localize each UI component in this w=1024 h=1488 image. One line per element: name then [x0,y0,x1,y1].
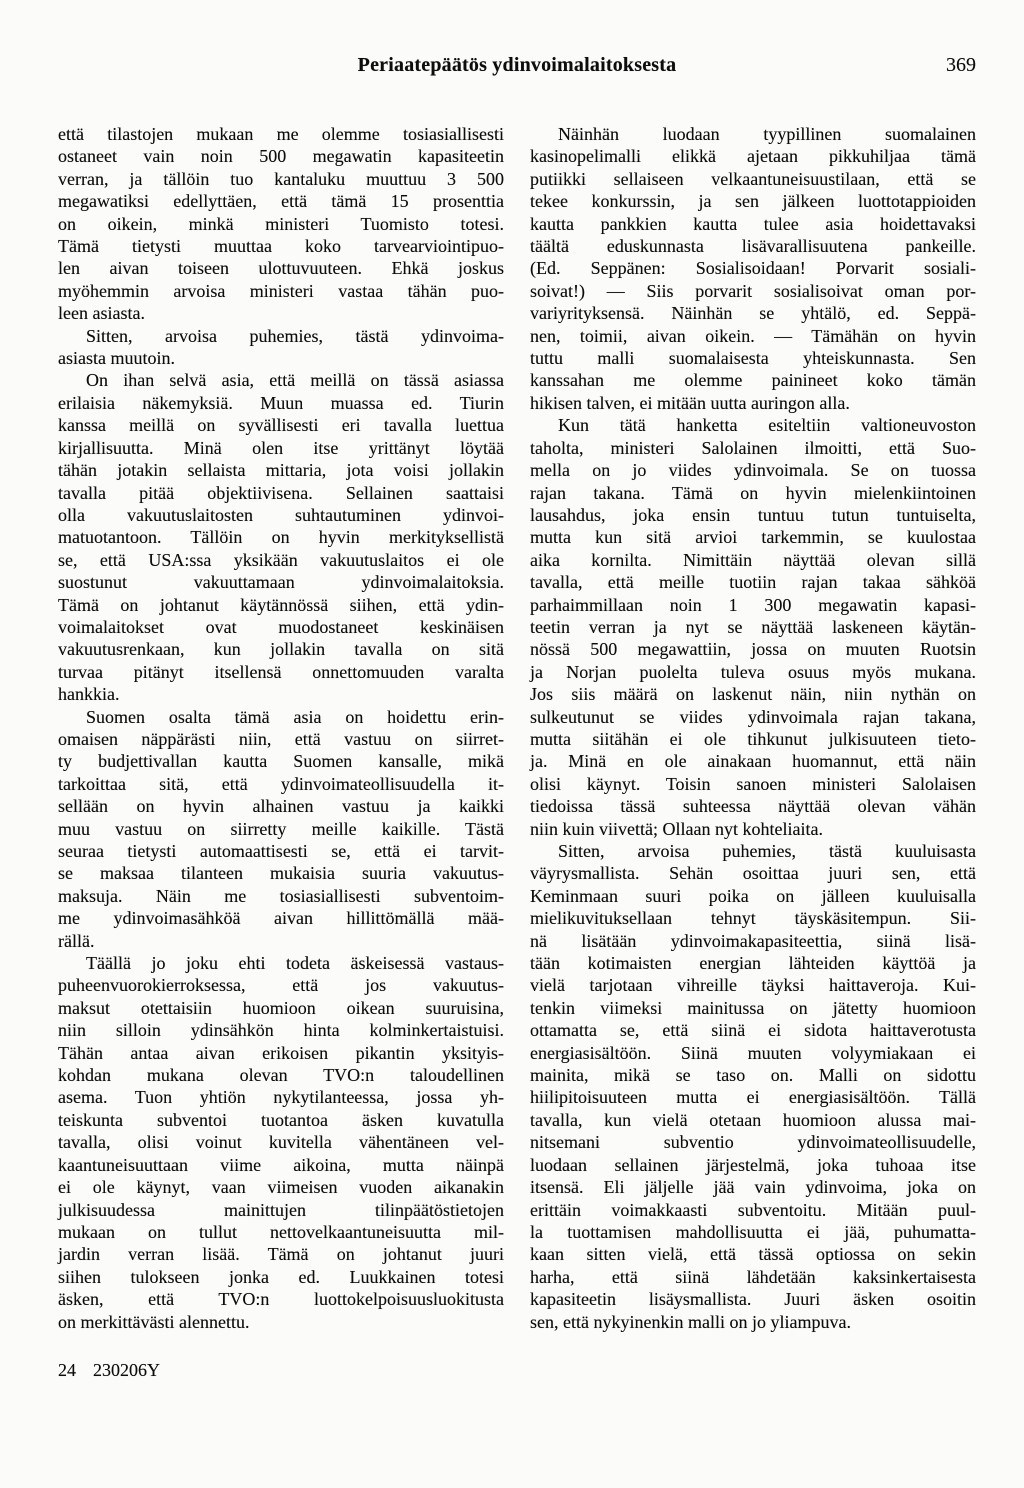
text-line: tään kotimaisten energian lähteiden käyt… [530,952,976,974]
text-line: Täällä jo joku ehti todeta äskeisessä va… [58,952,504,974]
text-line: Näinhän luodaan tyypillinen suomalainen [530,123,976,145]
text-line: puheenvuorokierroksessa, että jos vakuut… [58,974,504,996]
text-line: on oikein, minkä ministeri Tuomisto tote… [58,213,504,235]
text-line: mielikuvituksellaan tehnyt täyskäsitempu… [530,907,976,929]
text-line: mukaan on tullut nettovelkaantuneisuutta… [58,1221,504,1243]
text-line: vielä tarjotaan vihreille täyksi haittav… [530,974,976,996]
text-line: tekee konkurssin, ja sen jälkeen luottot… [530,190,976,212]
text-line: kautta pankkien kautta tulee asia hoidet… [530,213,976,235]
text-line: ei ole käynyt, vaan viimeisen vuoden aik… [58,1176,504,1198]
text-line: On ihan selvä asia, että meillä on tässä… [58,369,504,391]
text-line: seuraa tietysti automaattisesti se, että… [58,840,504,862]
text-line: tavalla, kun vielä otetaan huomioon alus… [530,1109,976,1131]
text-line: nä lisätään ydinvoimakapasiteettia, siin… [530,930,976,952]
paragraph: On ihan selvä asia, että meillä on tässä… [58,369,504,705]
paragraph: että tilastojen mukaan me olemme tosiasi… [58,123,504,325]
text-line: megawatiksi edellyttäen, että tämä 15 pr… [58,190,504,212]
text-line: mella on jo viides ydinvoimala. Se on tu… [530,459,976,481]
text-line: luodaan sellainen järjestelmä, joka tuho… [530,1154,976,1176]
text-line: sen, että nykyinenkin malli on jo yliamp… [530,1311,976,1333]
text-line: omaisen näppärästi niin, että vastuu on … [58,728,504,750]
right-column: Näinhän luodaan tyypillinen suomalainenk… [530,123,976,1333]
text-line: itsensä. Eli jäljelle jää vain ydinvoima… [530,1176,976,1198]
text-line: Tämä tietysti muuttaa koko tarvearvioint… [58,235,504,257]
page-header: Periaatepäätös ydinvoimalaitoksesta 369 [58,54,976,80]
text-line: maksut otettaisiin huomioon oikean suuru… [58,997,504,1019]
text-line: kohdan mukana olevan TVO:n taloudellinen [58,1064,504,1086]
text-line: Kun tätä hanketta esiteltiin valtioneuvo… [530,414,976,436]
text-line: ottamatta se, että siinä ei sidota haitt… [530,1019,976,1041]
text-line: täältä eduskunnasta lisävarallisuutena p… [530,235,976,257]
text-line: putiikki sellaiseen velkaantuneisuustila… [530,168,976,190]
text-line: (Ed. Seppänen: Sosialisoidaan! Porvarit … [530,257,976,279]
text-line: erittäin voimakkaasti subventoitu. Mitää… [530,1199,976,1221]
text-line: Keminmaan suuri poika on jälleen kuuluis… [530,885,976,907]
text-line: Sitten, arvoisa puhemies, tästä ydinvoim… [58,325,504,347]
text-line: nössä 500 megawattiin, jossa on muuten R… [530,638,976,660]
paragraph: Täällä jo joku ehti todeta äskeisessä va… [58,952,504,1333]
text-line: niin kuin viivettä; Ollaan nyt kohteliai… [530,818,976,840]
text-line: energiasisältöön. Siinä muuten volyymiak… [530,1042,976,1064]
text-line: ja. Minä en ole ainakaan huomannut, että… [530,750,976,772]
text-line: turvaa pitänyt itsellensä onnettomuuden … [58,661,504,683]
text-line: niin silloin ydinsähkön hinta kolminkert… [58,1019,504,1041]
text-line: hiilipitoisuuteen mutta ei energiasisält… [530,1086,976,1108]
text-line: julkisuudessa mainittujen tilinpäätöstie… [58,1199,504,1221]
text-columns: että tilastojen mukaan me olemme tosiasi… [58,123,976,1333]
text-line: on merkittävästi alennettu. [58,1311,504,1333]
text-line: Suomen osalta tämä asia on hoidettu erin… [58,706,504,728]
text-line: äsken, että TVO:n luottokelpoisuusluokit… [58,1288,504,1310]
paragraph: Sitten, arvoisa puhemies, tästä kuuluisa… [530,840,976,1333]
text-line: harha, että siinä lähdetään kaksinkertai… [530,1266,976,1288]
text-line: kasinopelimalli elikkä ajetaan pikkuhilj… [530,145,976,167]
text-line: nen, toimii, aivan oikein. — Tämähän on … [530,325,976,347]
text-line: maksuja. Näin me tosiasiallisesti subven… [58,885,504,907]
text-line: aika kornilta. Nimittäin näyttää olevan … [530,549,976,571]
text-line: taholta, ministeri Salolainen ilmoitti, … [530,437,976,459]
text-line: kanssahan me olemme painineet koko tämän [530,369,976,391]
text-line: kaantuneisuuttaan viime aikoina, mutta n… [58,1154,504,1176]
footer-print-mark: 24230206Y [58,1360,160,1381]
paragraph: Suomen osalta tämä asia on hoidettu erin… [58,706,504,952]
text-line: asema. Tuon yhtiön nykytilanteessa, joss… [58,1086,504,1108]
text-line: vakuutusrenkaan, kun jollakin tavalla on… [58,638,504,660]
text-line: tähän jotakin sellaista mittaria, jota v… [58,459,504,481]
footer-print-code: 230206Y [93,1360,160,1380]
text-line: len aivan toiseen ulottuvuuteen. Ehkä jo… [58,257,504,279]
text-line: parhaimmillaan noin 1 300 megawatin kapa… [530,594,976,616]
text-line: että tilastojen mukaan me olemme tosiasi… [58,123,504,145]
text-line: mainita, mikä se taso on. Malli on sidot… [530,1064,976,1086]
text-line: hankkia. [58,683,504,705]
text-line: erilaisia näkemyksiä. Muun muassa ed. Ti… [58,392,504,414]
text-line: olisi käynyt. Toisin sanoen ministeri Sa… [530,773,976,795]
left-column: että tilastojen mukaan me olemme tosiasi… [58,123,504,1333]
text-line: rajan takana. Tämä on hyvin mielenkiinto… [530,482,976,504]
text-line: ty budjettivallan kautta Suomen kansalle… [58,750,504,772]
text-line: sulkeutunut se viides ydinvoimala rajan … [530,706,976,728]
paragraph: Kun tätä hanketta esiteltiin valtioneuvo… [530,414,976,840]
text-line: myöhemmin arvoisa ministeri vastaa tähän… [58,280,504,302]
text-line: voimalaitokset ovat muodostaneet keskinä… [58,616,504,638]
text-line: olla vakuutuslaitosten suhtautuminen ydi… [58,504,504,526]
page-number: 369 [946,54,976,77]
text-line: leen asiasta. [58,302,504,324]
text-line: suostunut vakuuttamaan ydinvoimalaitoksi… [58,571,504,593]
footer-sheet-number: 24 [58,1360,76,1380]
text-line: teetin verran ja nyt se näyttää laskenee… [530,616,976,638]
text-line: Tähän antaa aivan erikoisen pikantin yks… [58,1042,504,1064]
text-line: me ydinvoimasähköä aivan hillittömällä m… [58,907,504,929]
text-line: se, että USA:ssa yksikään vakuutuslaitos… [58,549,504,571]
text-line: tiedoissa tässä suhteessa näyttää olevan… [530,795,976,817]
text-line: se maksaa tilanteen mukaisia suuria vaku… [58,862,504,884]
text-line: tavalla, että meille tuotiin rajan takaa… [530,571,976,593]
text-line: tenkin viimeksi mainitussa on jätetty hu… [530,997,976,1019]
text-line: hikisen talven, ei mitään uutta auringon… [530,392,976,414]
text-line: soivat!) — Siis porvarit sosialisoivat o… [530,280,976,302]
text-line: ja Norjan puolelta tuleva osuus myös muk… [530,661,976,683]
text-line: väyrysmallista. Sehän osoittaa juuri sen… [530,862,976,884]
text-line: variyrityksensä. Näinhän se yhtälö, ed. … [530,302,976,324]
text-line: tavalla, olisi voinut kuvitella vähentän… [58,1131,504,1153]
paragraph: Näinhän luodaan tyypillinen suomalainenk… [530,123,976,414]
text-line: sellään on hyvin alhainen vastuu ja kaik… [58,795,504,817]
document-page: Periaatepäätös ydinvoimalaitoksesta 369 … [0,0,1024,1488]
text-line: jardin verran lisää. Tämä on johtanut ju… [58,1243,504,1265]
text-line: kaan sitten vielä, että tässä optiossa o… [530,1243,976,1265]
text-line: muu vastuu on siirretty meille kaikille.… [58,818,504,840]
text-line: ostaneet vain noin 500 megawatin kapasit… [58,145,504,167]
text-line: Sitten, arvoisa puhemies, tästä kuuluisa… [530,840,976,862]
text-line: tarkoittaa sitä, että ydinvoimateollisuu… [58,773,504,795]
paragraph: Sitten, arvoisa puhemies, tästä ydinvoim… [58,325,504,370]
text-line: rällä. [58,930,504,952]
page-header-title: Periaatepäätös ydinvoimalaitoksesta [58,54,976,77]
text-line: mutta kun sitä arvioi tarkemmin, se kuul… [530,526,976,548]
text-line: lausahdus, joka ensin tuntuu tutun tuntu… [530,504,976,526]
text-line: Tämä on johtanut käytännössä siihen, ett… [58,594,504,616]
text-line: tuttu malli suomalaisesta yhteiskunnasta… [530,347,976,369]
text-line: la tuottamisen mahdollisuutta ei jää, pu… [530,1221,976,1243]
text-line: kirjallisuutta. Minä olen itse yrittänyt… [58,437,504,459]
text-line: kanssa meillä on syvällisesti eri tavall… [58,414,504,436]
text-line: tavalla pitää objektiivisena. Sellainen … [58,482,504,504]
text-line: matuotantoon. Tällöin on hyvin merkityks… [58,526,504,548]
text-line: nitsemani subventio ydinvoimateollisuude… [530,1131,976,1153]
text-line: verran, ja tällöin tuo kantaluku muuttuu… [58,168,504,190]
text-line: teiskunta subventoi tuotantoa äsken kuva… [58,1109,504,1131]
text-line: mutta siitähän ei ole tihkunut julkisuut… [530,728,976,750]
text-line: kapasiteetin lisäysmallista. Juuri äsken… [530,1288,976,1310]
text-line: asiasta muutoin. [58,347,504,369]
text-line: siihen tulokseen jonka ed. Luukkainen to… [58,1266,504,1288]
text-line: Jos siis määrä on laskenut näin, niin ny… [530,683,976,705]
